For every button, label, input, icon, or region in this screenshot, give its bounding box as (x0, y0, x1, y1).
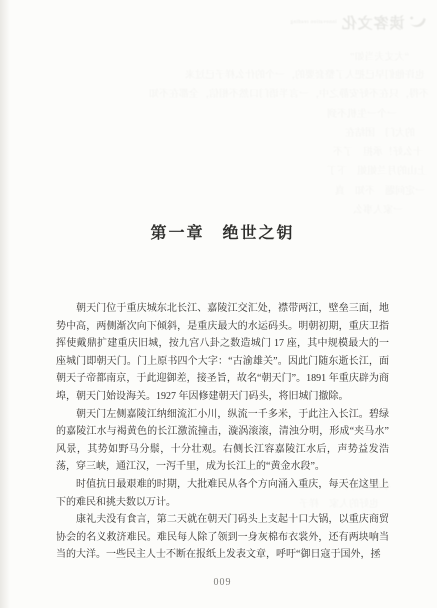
bleedthrough-line: 一定问题 不知 真 (335, 186, 425, 198)
paragraph: 朝天门位于重庆城东北长江、嘉陵江交汇处，襟带两江，壁垒三面，地势中高，两侧渐次向… (56, 300, 389, 406)
crescent-swoosh-icon (409, 15, 427, 31)
page-number: 009 (56, 577, 389, 588)
body-text: 朝天门位于重庆城东北长江、嘉陵江交汇处，襟带两江，壁垒三面，地势中高，两侧渐次向… (56, 300, 389, 564)
paragraph: 朝天门左侧嘉陵江纳细流汇小川，纵流一千多米，于此注入长江。碧绿的嘉陵江水与褐黄色… (56, 406, 389, 476)
bleedthrough-line: 十么好！承担 了不 (333, 147, 423, 159)
bleedthrough-logo-text: 读客文化 (341, 12, 405, 33)
bleedthrough-line: 也许他们早已把人了整套要的，一个的什么样子已过来 (185, 70, 425, 82)
bleedthrough-logo-tagline: innovation reading (290, 20, 337, 25)
bleedthrough-line: 上山的月兰姐姐 下丁 (327, 166, 427, 178)
bleedthrough-line: “大丈夫当如” (350, 52, 409, 64)
chapter-title: 第一章 绝世之钥 (56, 220, 389, 243)
book-page: 读客文化 innovation reading “大丈夫当如” 也许他们早已把人… (0, 0, 437, 608)
scan-edge-shadow (0, 0, 10, 608)
bleedthrough-line: 的大门 团结在 (345, 128, 415, 140)
bleedthrough-line: 一个一生机不到 (327, 109, 397, 121)
bleedthrough-logo: 读客文化 innovation reading (290, 12, 427, 33)
bleedthrough-line: 不得，只在不好安静之中，一言半语门口然不相信，全都在不知 (149, 89, 429, 101)
paragraph: 康礼夫没有食言，第二天就在朝天门码头上支起十口大锅，以重庆商贸协会的名义救济难民… (56, 511, 389, 564)
bleedthrough-line: 一家人事么 (353, 205, 403, 217)
paragraph: 时值抗日最艰难的时期，大批难民从各个方向涌入重庆，每天在这里上下的难民和挑夫数以… (56, 476, 389, 511)
